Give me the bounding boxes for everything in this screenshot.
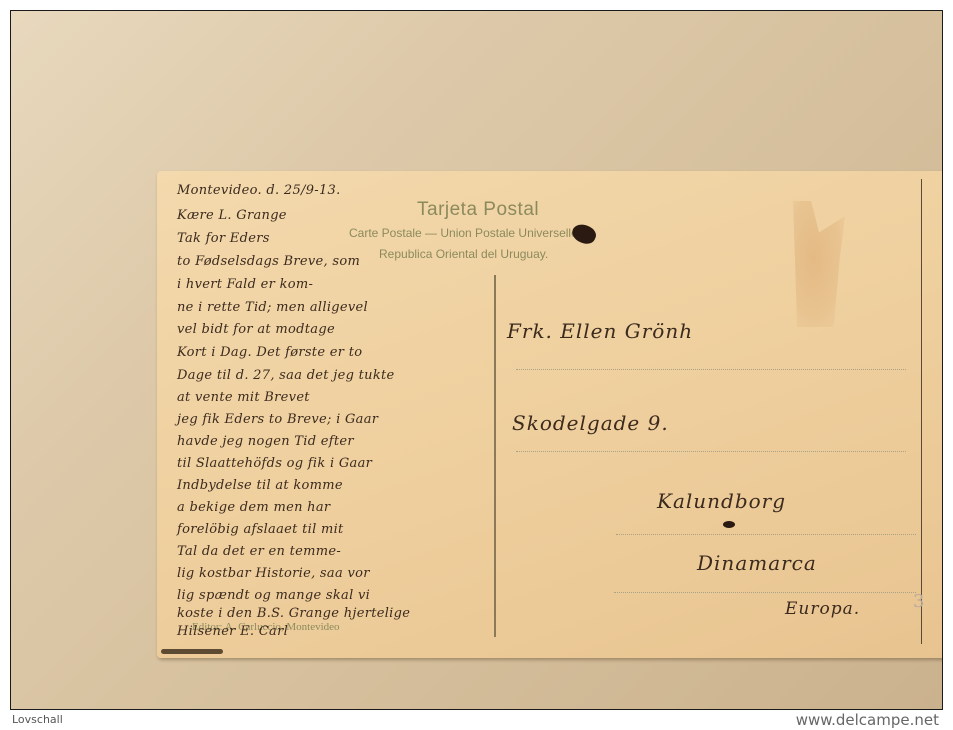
postcard: Tarjeta Postal Carte Postale — Union Pos… (157, 171, 943, 658)
message-line: Dage til d. 27, saa det jeg tukte (177, 368, 395, 383)
message-line: til Slaattehöfds og fik i Gaar (177, 456, 372, 471)
address-country: Dinamarca (697, 551, 817, 575)
address-city: Kalundborg (657, 489, 786, 513)
message-line: at vente mit Brevet (177, 390, 310, 405)
message-line: lig kostbar Historie, saa vor (177, 566, 370, 581)
postcard-subtitle: Carte Postale — Union Postale Universell… (349, 226, 582, 240)
postcard-title: Tarjeta Postal (417, 199, 539, 221)
message-line: to Fødselsdags Breve, som (177, 254, 360, 269)
message-address-divider (494, 275, 496, 637)
seller-name: Lovschall (12, 713, 63, 726)
message-line: havde jeg nogen Tid efter (177, 434, 354, 449)
pencil-mark: 3 (913, 591, 924, 612)
ink-blot-small (723, 521, 735, 528)
address-street: Skodelgade 9. (512, 411, 669, 435)
message-line: a bekige dem men har (177, 500, 330, 515)
message-line: i hvert Fald er kom- (177, 277, 313, 292)
postcard-country: Republica Oriental del Uruguay. (379, 247, 548, 261)
message-line: Indbydelse til at komme (177, 478, 343, 493)
postcard-photo: Tarjeta Postal Carte Postale — Union Pos… (10, 10, 943, 710)
message-line: ne i rette Tid; men alligevel (177, 300, 368, 315)
site-watermark[interactable]: www.delcampe.net (796, 711, 939, 729)
message-line: vel bidt for at modtage (177, 322, 335, 337)
message-line: Kort i Dag. Det første er to (177, 345, 362, 360)
message-line: Tal da det er en temme- (177, 544, 341, 559)
message-line: Hilsener E. Carl (177, 624, 288, 639)
message-line: Tak for Eders (177, 231, 270, 246)
address-continent: Europa. (785, 599, 860, 619)
address-line-3 (616, 534, 916, 535)
message-line: jeg fik Eders to Breve; i Gaar (177, 412, 378, 427)
message-line: koste i den B.S. Grange hjertelige (177, 606, 410, 621)
message-line: lig spændt og mange skal vi (177, 588, 370, 603)
torn-edge (161, 649, 223, 654)
message-line: Montevideo. d. 25/9-13. (177, 183, 341, 198)
message-line: forelöbig afslaaet til mit (177, 522, 344, 537)
message-line: Kære L. Grange (177, 208, 287, 223)
address-recipient: Frk. Ellen Grönh (507, 319, 693, 343)
address-line-4 (614, 592, 916, 593)
address-line-1 (516, 369, 906, 370)
address-line-2 (516, 451, 906, 452)
